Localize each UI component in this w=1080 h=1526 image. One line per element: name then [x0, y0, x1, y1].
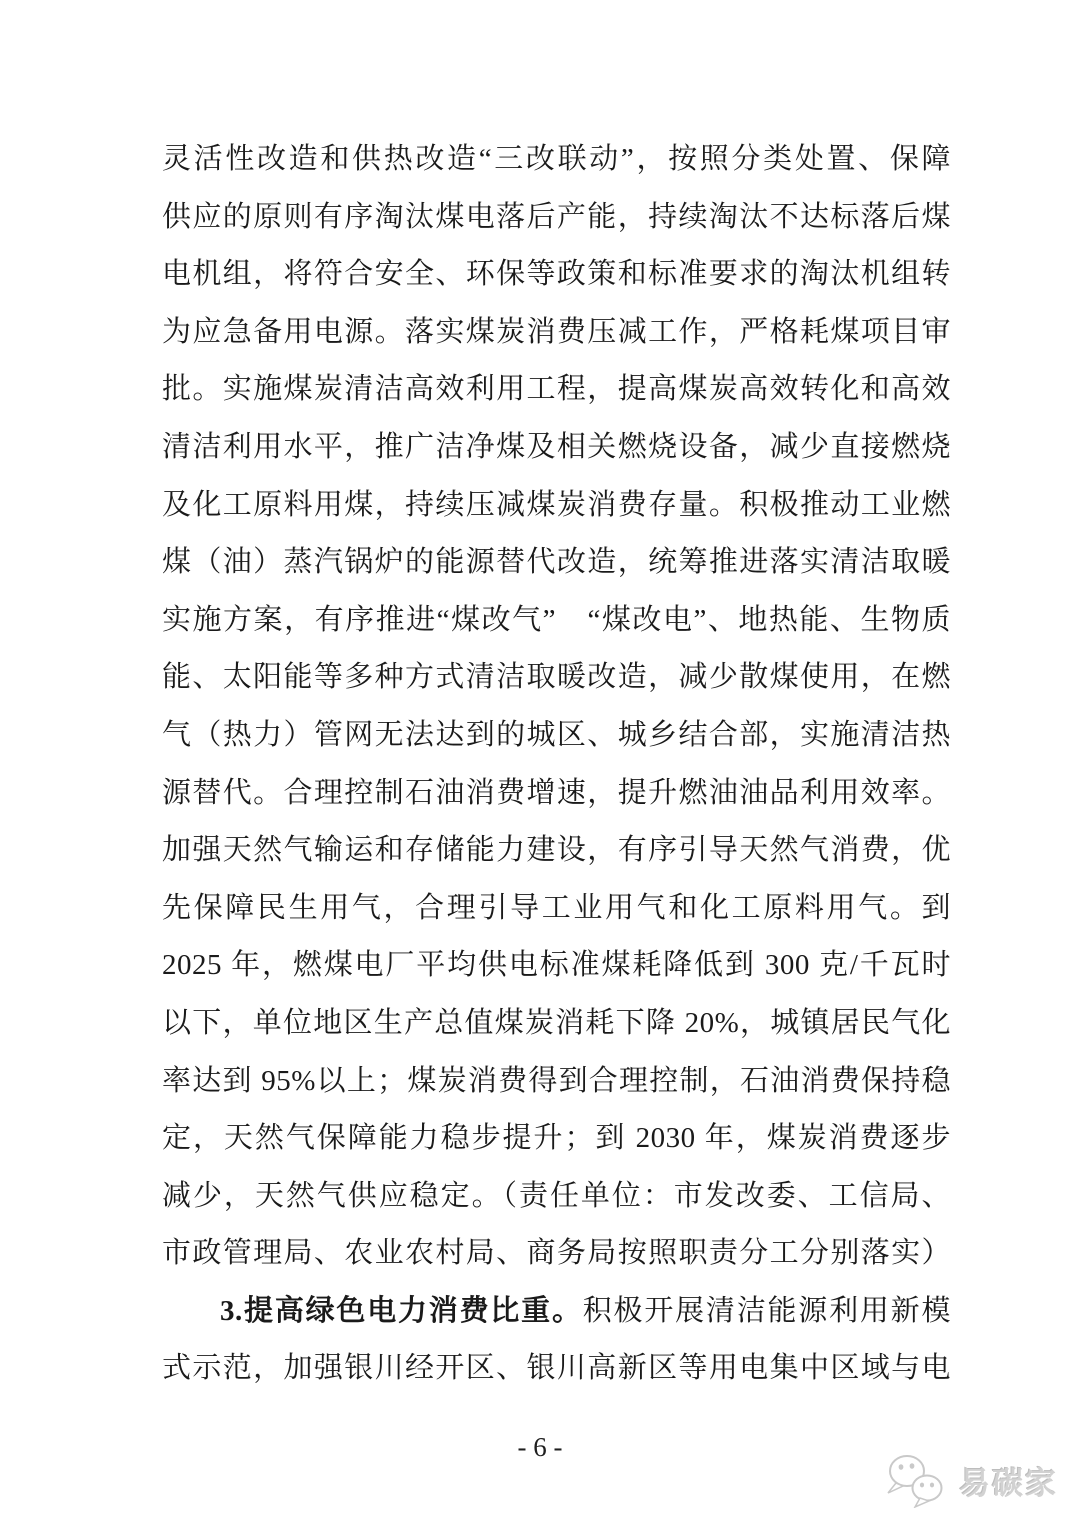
- paragraph-line: 2025 年，燃煤电厂平均供电标准煤耗降低到 300 克/千瓦时: [162, 937, 951, 995]
- paragraph-line: 电机组，将符合安全、环保等政策和标准要求的淘汰机组转: [162, 246, 951, 304]
- document-page: 灵活性改造和供热改造“三改联动”，按照分类处置、保障 供应的原则有序淘汰煤电落后…: [0, 0, 1080, 1526]
- paragraph-line: 批。实施煤炭清洁高效利用工程，提高煤炭高效转化和高效: [162, 361, 951, 419]
- paragraph-line: 供应的原则有序淘汰煤电落后产能，持续淘汰不达标落后煤: [162, 189, 951, 247]
- paragraph-line: 清洁利用水平，推广洁净煤及相关燃烧设备，减少直接燃烧: [162, 419, 951, 477]
- document-body: 灵活性改造和供热改造“三改联动”，按照分类处置、保障 供应的原则有序淘汰煤电落后…: [162, 131, 951, 1398]
- paragraph-line: 式示范，加强银川经开区、银川高新区等用电集中区域与电: [162, 1340, 951, 1398]
- paragraph-line: 加强天然气输运和存储能力建设，有序引导天然气消费，优: [162, 822, 951, 880]
- paragraph-line: 定，天然气保障能力稳步提升；到 2030 年，煤炭消费逐步: [162, 1110, 951, 1168]
- watermark: 易碳家: [883, 1452, 1058, 1508]
- paragraph-line: 灵活性改造和供热改造“三改联动”，按照分类处置、保障: [162, 131, 951, 189]
- paragraph-line: 以下，单位地区生产总值煤炭消耗下降 20%，城镇居民气化: [162, 995, 951, 1053]
- section-3-heading: 3.提高绿色电力消费比重。: [220, 1295, 583, 1327]
- paragraph-line: 率达到 95%以上；煤炭消费得到合理控制，石油消费保持稳: [162, 1053, 951, 1111]
- paragraph-line: 源替代。合理控制石油消费增速，提升燃油油品利用效率。: [162, 765, 951, 823]
- paragraph-line: 减少，天然气供应稳定。（责任单位：市发改委、工信局、: [162, 1168, 951, 1226]
- paragraph-line: 为应急备用电源。落实煤炭消费压减工作，严格耗煤项目审: [162, 304, 951, 362]
- paragraph-line: 先保障民生用气，合理引导工业用气和化工原料用气。到: [162, 880, 951, 938]
- paragraph-line: 煤（油）蒸汽锅炉的能源替代改造，统筹推进落实清洁取暖: [162, 534, 951, 592]
- wechat-icon: [883, 1452, 947, 1508]
- paragraph-line: 及化工原料用煤，持续压减煤炭消费存量。积极推动工业燃: [162, 477, 951, 535]
- paragraph-line: 3.提高绿色电力消费比重。积极开展清洁能源利用新模: [162, 1283, 951, 1341]
- paragraph-line: 实施方案，有序推进“煤改气” “煤改电”、地热能、生物质: [162, 592, 951, 650]
- paragraph-line: 市政管理局、农业农村局、商务局按照职责分工分别落实）: [162, 1225, 951, 1283]
- paragraph-line: 气（热力）管网无法达到的城区、城乡结合部，实施清洁热: [162, 707, 951, 765]
- paragraph-text: 积极开展清洁能源利用新模: [583, 1295, 951, 1327]
- watermark-brand-text: 易碳家: [959, 1458, 1058, 1503]
- paragraph-line: 能、太阳能等多种方式清洁取暖改造，减少散煤使用，在燃: [162, 649, 951, 707]
